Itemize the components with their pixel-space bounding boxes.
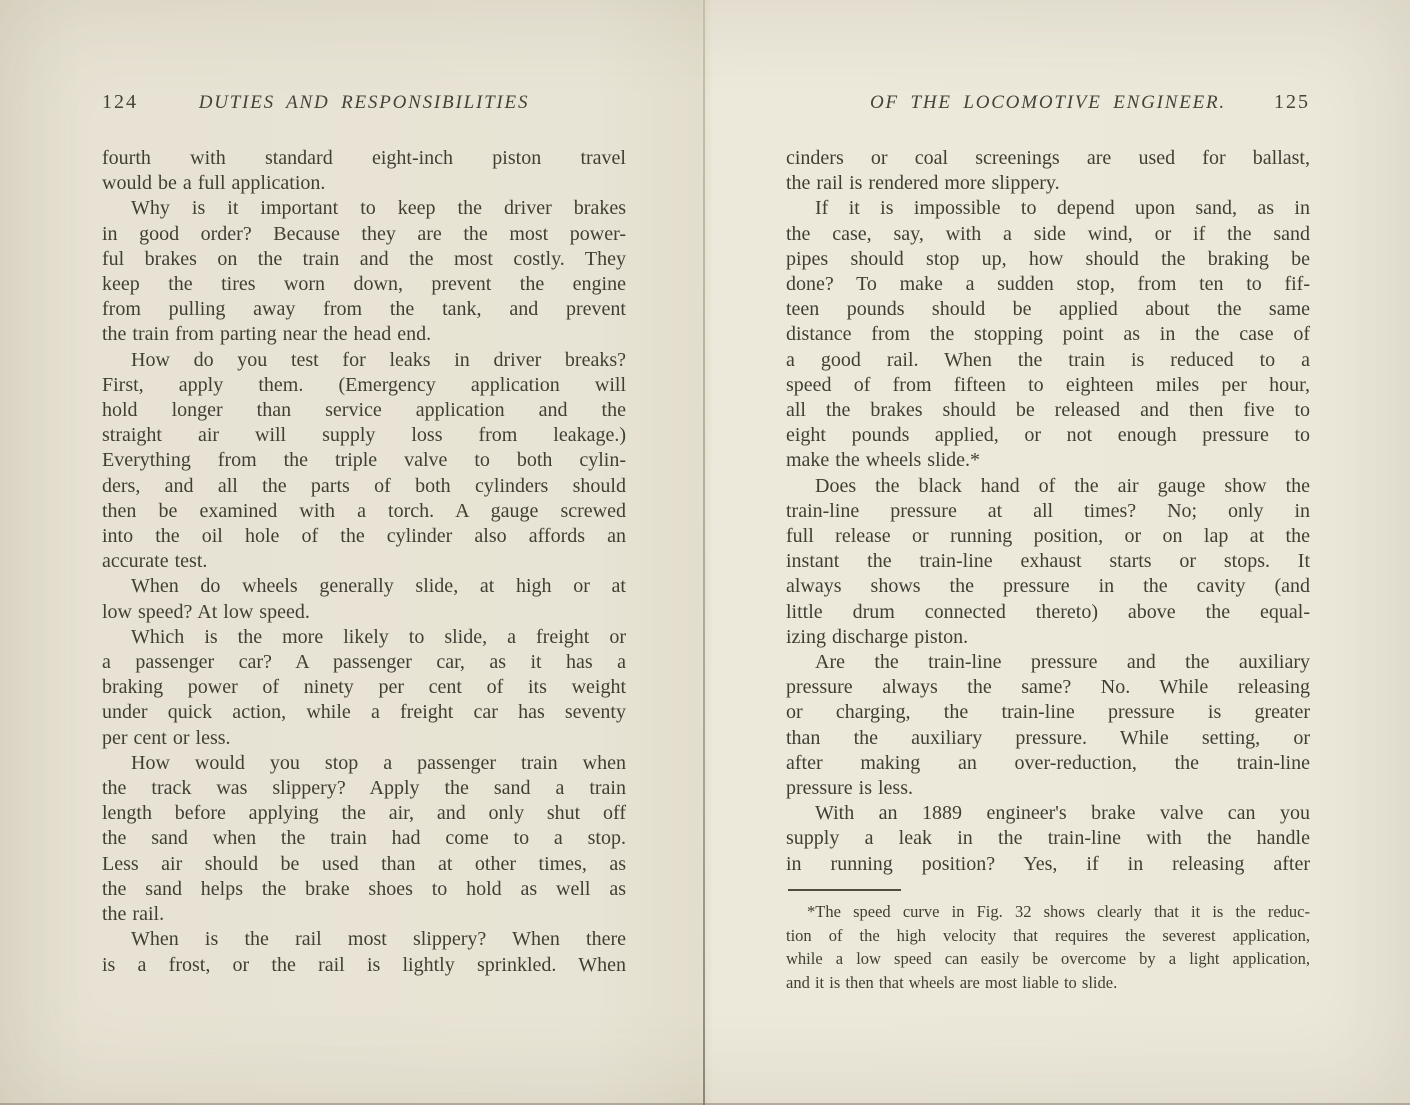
left-running-header: DUTIES AND RESPONSIBILITIES [102,92,626,114]
text-line: per cent or less. [102,726,626,751]
text-line: the sand helps the brake shoes to hold a… [102,877,626,902]
paragraph: When do wheels generally slide, at high … [102,574,626,624]
text-line: pipes should stop up, how should the bra… [786,247,1310,272]
text-line: the rail. [102,902,626,927]
text-line: in good order? Because they are the most… [102,222,626,247]
text-line: full release or running position, or on … [786,524,1310,549]
text-line: eight pounds applied, or not enough pres… [786,423,1310,448]
text-line: fourth with standard eight-inch piston t… [102,146,626,171]
text-line: all the brakes should be released and th… [786,398,1310,423]
text-line: If it is impossible to depend upon sand,… [786,196,1310,221]
paragraph: How do you test for leaks in driver brea… [102,348,626,575]
footnote: *The speed curve in Fig. 32 shows clearl… [786,900,1310,995]
paragraph: Why is it important to keep the driver b… [102,196,626,347]
text-line: teen pounds should be applied about the … [786,297,1310,322]
text-line: under quick action, while a freight car … [102,700,626,725]
text-line: Does the black hand of the air gauge sho… [786,474,1310,499]
text-line: make the wheels slide.* [786,448,1310,473]
text-line: ful brakes on the train and the most cos… [102,247,626,272]
left-page-number: 124 [102,91,138,114]
left-page-header: 124 DUTIES AND RESPONSIBILITIES [102,92,626,118]
text-line: hold longer than service application and… [102,398,626,423]
text-line: Everything from the triple valve to both… [102,448,626,473]
paragraph: If it is impossible to depend upon sand,… [786,196,1310,473]
text-line: little drum connected thereto) above the… [786,600,1310,625]
paragraph: Which is the more likely to slide, a fre… [102,625,626,751]
text-line: the sand when the train had come to a st… [102,826,626,851]
text-line: How would you stop a passenger train whe… [102,751,626,776]
text-line: from pulling away from the tank, and pre… [102,297,626,322]
text-line: pressure is less. [786,776,1310,801]
text-line: is a frost, or the rail is lightly sprin… [102,953,626,978]
text-line: Why is it important to keep the driver b… [102,196,626,221]
text-line: would be a full application. [102,171,626,196]
text-line: When do wheels generally slide, at high … [102,574,626,599]
text-line: the case, say, with a side wind, or if t… [786,222,1310,247]
text-line: low speed? At low speed. [102,600,626,625]
text-line: distance from the stopping point as in t… [786,322,1310,347]
text-line: cinders or coal screenings are used for … [786,146,1310,171]
paragraph: When is the rail most slippery? When the… [102,927,626,977]
text-line: the track was slippery? Apply the sand a… [102,776,626,801]
text-line: *The speed curve in Fig. 32 shows clearl… [786,900,1310,924]
text-line: pressure always the same? No. While rele… [786,675,1310,700]
text-line: or charging, the train-line pressure is … [786,700,1310,725]
text-line: a good rail. When the train is reduced t… [786,348,1310,373]
text-line: train-line pressure at all times? No; on… [786,499,1310,524]
text-line: When is the rail most slippery? When the… [102,927,626,952]
page-gutter [703,0,705,1105]
text-line: supply a leak in the train-line with the… [786,826,1310,851]
text-line: accurate test. [102,549,626,574]
text-line: ders, and all the parts of both cylinder… [102,474,626,499]
text-line: tion of the high velocity that requires … [786,924,1310,948]
paragraph: fourth with standard eight-inch piston t… [102,146,626,196]
text-line: How do you test for leaks in driver brea… [102,348,626,373]
text-line: With an 1889 engineer's brake valve can … [786,801,1310,826]
text-line: a passenger car? A passenger car, as it … [102,650,626,675]
text-line: the train from parting near the head end… [102,322,626,347]
right-running-header: OF THE LOCOMOTIVE ENGINEER. [786,92,1310,114]
text-line: izing discharge piston. [786,625,1310,650]
text-line: then be examined with a torch. A gauge s… [102,499,626,524]
text-line: length before applying the air, and only… [102,801,626,826]
right-page-body: cinders or coal screenings are used for … [786,146,1310,995]
text-line: instant the train-line exhaust starts or… [786,549,1310,574]
text-line: speed of from fifteen to eighteen miles … [786,373,1310,398]
text-line: Less air should be used than at other ti… [102,852,626,877]
right-page-header: OF THE LOCOMOTIVE ENGINEER. 125 [786,92,1310,118]
text-line: keep the tires worn down, prevent the en… [102,272,626,297]
text-line: than the auxiliary pressure. While setti… [786,726,1310,751]
text-line: straight air will supply loss from leaka… [102,423,626,448]
text-line: Are the train-line pressure and the auxi… [786,650,1310,675]
footnote-rule [788,889,901,891]
text-line: First, apply them. (Emergency applicatio… [102,373,626,398]
paragraph: Does the black hand of the air gauge sho… [786,474,1310,650]
paragraph: Are the train-line pressure and the auxi… [786,650,1310,801]
text-line: done? To make a sudden stop, from ten to… [786,272,1310,297]
text-line: and it is then that wheels are most liab… [786,971,1310,995]
right-page-number: 125 [1274,91,1310,114]
paragraph: How would you stop a passenger train whe… [102,751,626,927]
text-line: the rail is rendered more slippery. [786,171,1310,196]
left-page-body: fourth with standard eight-inch piston t… [102,146,626,978]
text-line: while a low speed can easily be overcome… [786,947,1310,971]
text-line: into the oil hole of the cylinder also a… [102,524,626,549]
book-scan: 124 DUTIES AND RESPONSIBILITIES OF THE L… [0,0,1410,1105]
text-line: always shows the pressure in the cavity … [786,574,1310,599]
paragraph: cinders or coal screenings are used for … [786,146,1310,196]
paragraph: With an 1889 engineer's brake valve can … [786,801,1310,877]
text-line: after making an over-reduction, the trai… [786,751,1310,776]
text-line: braking power of ninety per cent of its … [102,675,626,700]
text-line: in running position? Yes, if in releasin… [786,852,1310,877]
text-line: Which is the more likely to slide, a fre… [102,625,626,650]
